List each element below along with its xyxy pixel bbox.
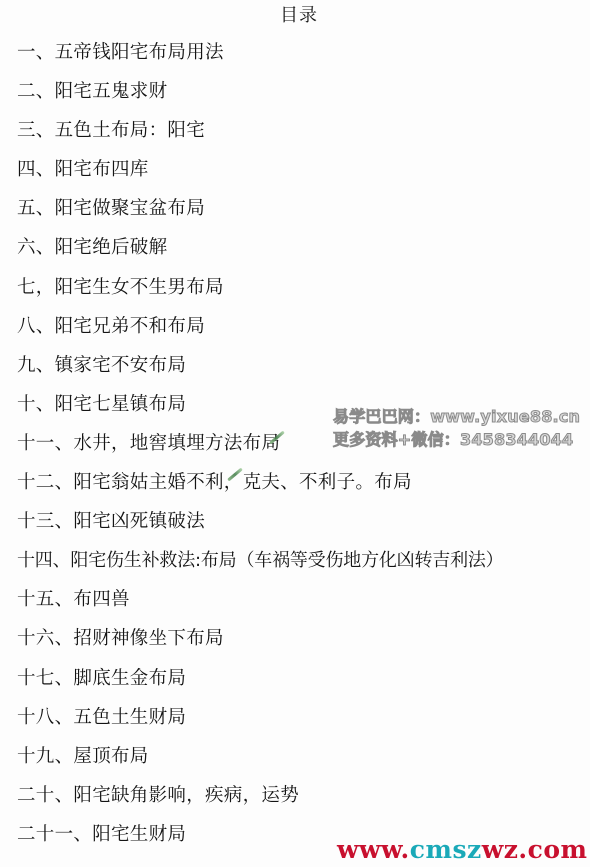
footer-watermark-suffix: wz.com	[482, 835, 588, 864]
toc-item: 一、五帝钱阳宅布局用法	[17, 40, 503, 79]
toc-item: 九、镇家宅不安布局	[17, 353, 503, 392]
toc-text: 阳宅兄弟不和布局	[55, 316, 205, 337]
toc-item: 十四、阳宅伤生补救法:布局（车祸等受伤地方化凶转吉利法）	[17, 548, 503, 587]
toc-number: 七，	[17, 277, 55, 298]
watermark-site-line: 易学巴巴网：www.yixue88.cn	[333, 405, 580, 428]
toc-number: 十一、	[17, 433, 73, 454]
toc-item: 二、阳宅五鬼求财	[17, 79, 503, 118]
toc-text: 布四兽	[73, 589, 129, 610]
toc-item: 十九、屋顶布局	[17, 744, 503, 783]
document-page: 目录 一、五帝钱阳宅布局用法 二、阳宅五鬼求财 三、五色土布局：阳宅 四、阳宅布…	[0, 0, 590, 867]
toc-text: 五色土布局：阳宅	[55, 120, 205, 141]
footer-watermark-prefix: www.	[337, 835, 410, 864]
toc-number: 四、	[17, 159, 55, 180]
toc-text: 屋顶布局	[73, 746, 148, 767]
toc-item: 八、阳宅兄弟不和布局	[17, 314, 503, 353]
watermark-contact-line: 更多资料+微信：3458344044	[333, 428, 580, 451]
toc-item: 二十、阳宅缺角影响，疾病，运势	[17, 783, 503, 822]
toc-item: 六、阳宅绝后破解	[17, 235, 503, 274]
toc-text: 阳宅做聚宝盆布局	[55, 198, 205, 219]
toc-number: 二十、	[17, 785, 73, 806]
footer-watermark: www.cmszwz.com	[337, 836, 588, 864]
toc-number: 二十一、	[17, 824, 92, 845]
toc-number: 二、	[17, 81, 55, 102]
toc-number: 九、	[17, 355, 55, 376]
toc-number: 八、	[17, 316, 55, 337]
toc-number: 十八、	[17, 707, 73, 728]
footer-watermark-middle: cmsz	[410, 835, 482, 864]
toc-item: 十三、阳宅凶死镇破法	[17, 509, 503, 548]
toc-text: 阳宅七星镇布局	[55, 394, 187, 415]
toc-text: 阳宅五鬼求财	[55, 81, 168, 102]
toc-item: 十八、五色土生财局	[17, 705, 503, 744]
toc-number: 十六、	[17, 628, 73, 649]
toc-number: 六、	[17, 237, 55, 258]
toc-text: 阳宅绝后破解	[55, 237, 168, 258]
toc-text: 阳宅生女不生男布局	[55, 277, 224, 298]
toc-number: 十三、	[17, 511, 73, 532]
toc-item: 十五、布四兽	[17, 587, 503, 626]
toc-number: 十九、	[17, 746, 73, 767]
toc-text: 阳宅布四库	[55, 159, 149, 180]
toc-item: 十七、脚底生金布局	[17, 666, 503, 705]
toc-text: 阳宅凶死镇破法	[73, 511, 205, 532]
page-title: 目录	[0, 5, 590, 27]
toc-item: 三、五色土布局：阳宅	[17, 118, 503, 157]
toc-item: 七，阳宅生女不生男布局	[17, 275, 503, 314]
toc-item: 五、阳宅做聚宝盆布局	[17, 196, 503, 235]
toc-text: 脚底生金布局	[73, 668, 186, 689]
toc-text: 阳宅缺角影响，疾病，运势	[73, 785, 299, 806]
toc-number: 十二、	[17, 472, 73, 493]
toc-number: 十四、	[17, 550, 70, 571]
toc-number: 十七、	[17, 668, 73, 689]
toc-number: 十、	[17, 394, 55, 415]
toc-number: 五、	[17, 198, 55, 219]
toc-text: 阳宅生财局	[92, 824, 186, 845]
toc-text: 五帝钱阳宅布局用法	[55, 42, 224, 63]
toc-item: 四、阳宅布四库	[17, 157, 503, 196]
toc-text: 镇家宅不安布局	[55, 355, 187, 376]
toc-text: 五色土生财局	[73, 707, 186, 728]
site-watermark: 易学巴巴网：www.yixue88.cn 更多资料+微信：3458344044	[333, 405, 580, 451]
toc-item: 十六、招财神像坐下布局	[17, 626, 503, 665]
toc-item: 十二、阳宅翁姑主婚不利，克夫、不利子。布局	[17, 470, 503, 509]
toc-number: 三、	[17, 120, 55, 141]
toc-number: 一、	[17, 42, 55, 63]
toc-text: 阳宅翁姑主婚不利，克夫、不利子。布局	[73, 472, 411, 493]
toc-text: 水井，地窖填埋方法布局	[73, 433, 280, 454]
toc-text: 阳宅伤生补救法:布局（车祸等受伤地方化凶转吉利法）	[70, 550, 503, 571]
toc-number: 十五、	[17, 589, 73, 610]
toc-text: 招财神像坐下布局	[73, 628, 223, 649]
